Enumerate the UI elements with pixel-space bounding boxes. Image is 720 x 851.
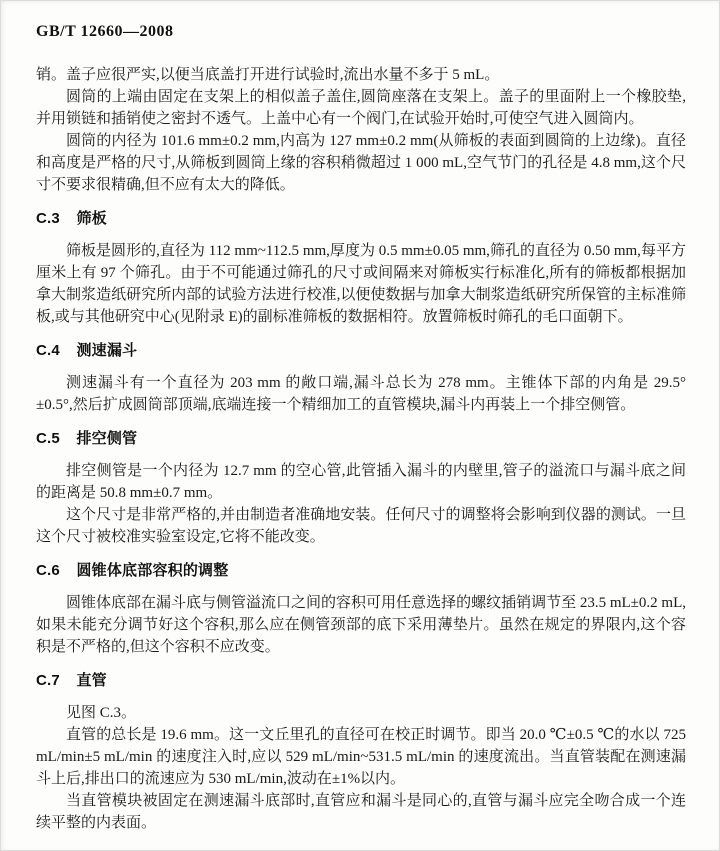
body-paragraph: 排空侧管是一个内径为 12.7 mm 的空心管,此管插入漏斗的内壁里,管子的溢流… — [36, 460, 686, 504]
body-paragraph: 圆锥体底部在漏斗底与侧管溢流口之间的容积可用任意选择的螺纹插销调节至 23.5 … — [36, 592, 686, 658]
section-heading: C.3筛板 — [36, 208, 686, 230]
section-number: C.7 — [36, 672, 60, 689]
body-paragraph: 直管的总长是 19.6 mm。这一文丘里孔的直径可在校正时调节。即当 20.0 … — [36, 724, 686, 790]
section-heading: C.5排空侧管 — [36, 428, 686, 450]
intro-paragraph: 圆筒的内径为 101.6 mm±0.2 mm,内高为 127 mm±0.2 mm… — [36, 130, 686, 196]
section-title: 直管 — [76, 672, 106, 689]
section-title: 排空侧管 — [76, 430, 137, 447]
document-page: GB/T 12660—2008 销。盖子应很严实,以便当底盖打开进行试验时,流出… — [0, 0, 720, 851]
section-number: C.4 — [36, 342, 60, 359]
section-number: C.5 — [36, 430, 60, 447]
section-heading: C.7直管 — [36, 670, 686, 692]
body-paragraph: 当直管模块被固定在测速漏斗底部时,直管应和漏斗是同心的,直管与漏斗应完全吻合成一… — [36, 790, 686, 834]
section-title: 圆锥体底部容积的调整 — [76, 562, 228, 579]
section-c3: C.3筛板 筛板是圆形的,直径为 112 mm~112.5 mm,厚度为 0.5… — [36, 208, 686, 328]
section-title: 筛板 — [76, 210, 106, 227]
section-number: C.3 — [36, 210, 60, 227]
body-paragraph: 见图 C.3。 — [36, 702, 686, 724]
section-heading: C.6圆锥体底部容积的调整 — [36, 560, 686, 582]
section-c7: C.7直管 见图 C.3。 直管的总长是 19.6 mm。这一文丘里孔的直径可在… — [36, 670, 686, 834]
section-title: 测速漏斗 — [76, 342, 137, 359]
standard-code: GB/T 12660—2008 — [36, 22, 686, 42]
section-c6: C.6圆锥体底部容积的调整 圆锥体底部在漏斗底与侧管溢流口之间的容积可用任意选择… — [36, 560, 686, 658]
section-number: C.6 — [36, 562, 60, 579]
body-paragraph: 这个尺寸是非常严格的,并由制造者准确地安装。任何尺寸的调整将会影响到仪器的测试。… — [36, 504, 686, 548]
body-paragraph: 筛板是圆形的,直径为 112 mm~112.5 mm,厚度为 0.5 mm±0.… — [36, 240, 686, 328]
body-paragraph: 测速漏斗有一个直径为 203 mm 的敞口端,漏斗总长为 278 mm。主锥体下… — [36, 372, 686, 416]
section-heading: C.4测速漏斗 — [36, 340, 686, 362]
section-c4: C.4测速漏斗 测速漏斗有一个直径为 203 mm 的敞口端,漏斗总长为 278… — [36, 340, 686, 416]
intro-paragraph: 圆筒的上端由固定在支架上的相似盖子盖住,圆筒座落在支架上。盖子的里面附上一个橡胶… — [36, 86, 686, 130]
section-c5: C.5排空侧管 排空侧管是一个内径为 12.7 mm 的空心管,此管插入漏斗的内… — [36, 428, 686, 548]
intro-paragraph: 销。盖子应很严实,以便当底盖打开进行试验时,流出水量不多于 5 mL。 — [36, 64, 686, 86]
